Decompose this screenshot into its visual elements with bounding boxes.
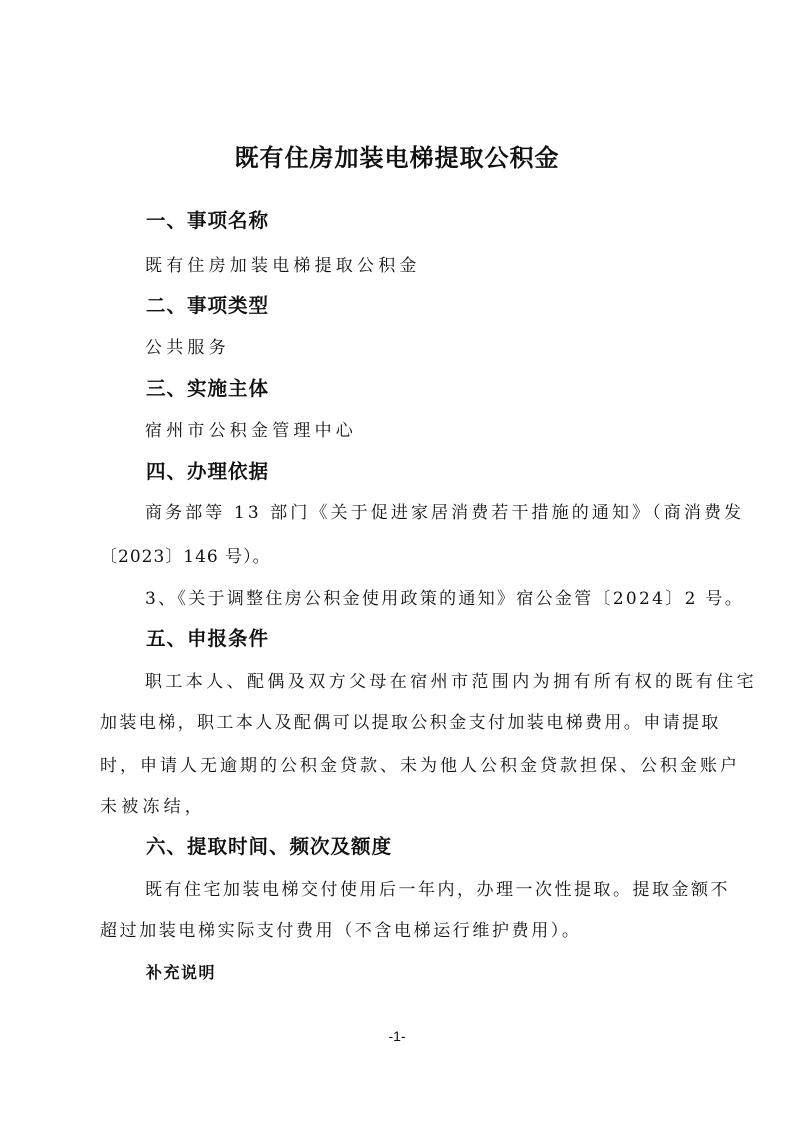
section-heading-item-type: 二、事项类型	[146, 290, 269, 318]
legal-basis-line-1: 商务部等 13 部门《关于促进家居消费若干措施的通知》（商消费发	[145, 498, 744, 523]
section-text-item-name: 既有住房加装电梯提取公积金	[145, 251, 421, 276]
section-heading-legal-basis: 四、办理依据	[146, 456, 269, 484]
section-heading-item-name: 一、事项名称	[146, 205, 269, 233]
supplement-heading: 补充说明	[146, 960, 216, 983]
section-text-item-type: 公共服务	[145, 333, 230, 358]
legal-basis-line-3: 3、《关于调整住房公积金使用政策的通知》宿公金管〔2024〕2 号。	[145, 584, 744, 609]
section-heading-conditions: 五、申报条件	[146, 623, 269, 651]
conditions-line-2: 加装电梯，职工本人及配偶可以提取公积金支付加装电梯费用。申请提取	[100, 708, 721, 733]
conditions-line-1: 职工本人、配偶及双方父母在宿州市范围内为拥有所有权的既有住宅	[145, 667, 757, 692]
document-page: 既有住房加装电梯提取公积金 一、事项名称 既有住房加装电梯提取公积金 二、事项类…	[0, 0, 794, 1122]
conditions-line-4: 未被冻结，	[100, 792, 206, 817]
legal-basis-line-2: 〔2023〕146 号）。	[100, 542, 271, 567]
section-heading-timing-amount: 六、提取时间、频次及额度	[146, 831, 392, 859]
page-number: -1-	[0, 1028, 794, 1044]
timing-amount-line-2: 超过加装电梯实际支付费用（不含电梯运行维护费用）。	[100, 916, 582, 941]
conditions-line-3: 时，申请人无逾期的公积金贷款、未为他人公积金贷款担保、公积金账户	[100, 751, 740, 776]
section-text-implementer: 宿州市公积金管理中心	[145, 416, 357, 441]
section-heading-implementer: 三、实施主体	[146, 373, 269, 401]
timing-amount-line-1: 既有住宅加装电梯交付使用后一年内，办理一次性提取。提取金额不	[145, 875, 730, 900]
document-title: 既有住房加装电梯提取公积金	[0, 138, 794, 173]
